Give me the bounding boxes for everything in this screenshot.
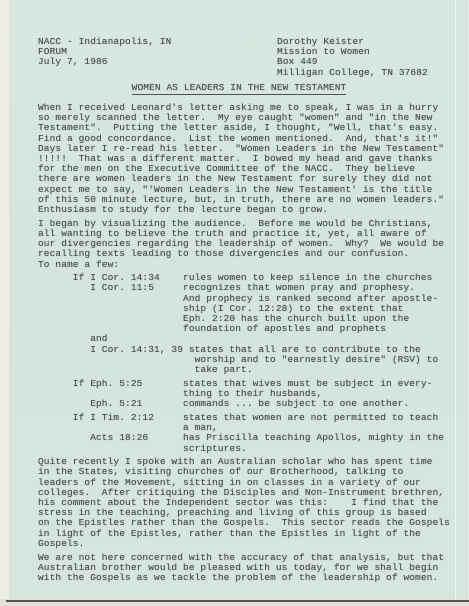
scripture-list-corinthians: If I Cor. 14:34 rules women to keep sile… <box>38 273 440 375</box>
title-row: WOMEN AS LEADERS IN THE NEW TESTAMENT <box>38 83 440 95</box>
scanned-document: NACC - Indianapolis, IN FORUM July 7, 19… <box>0 0 469 606</box>
page-bottom-edge <box>6 600 469 602</box>
document-page: NACC - Indianapolis, IN FORUM July 7, 19… <box>9 0 469 599</box>
paragraph-intro-letter: When I received Leonard's letter asking … <box>38 103 440 215</box>
scripture-list-ephesians: If Eph. 5:25 states that wives must be s… <box>38 379 440 410</box>
paragraph-australian-scholar: Quite recently I spoke with an Australia… <box>38 457 440 549</box>
document-header: NACC - Indianapolis, IN FORUM July 7, 19… <box>38 37 440 78</box>
author-contact-info: Dorothy Keister Mission to Women Box 449… <box>277 37 428 78</box>
scripture-list-timothy-acts: If I Tim. 2:12 states that women are not… <box>38 413 440 454</box>
paragraph-closing: We are not here concerned with the accur… <box>38 553 440 584</box>
event-info: NACC - Indianapolis, IN FORUM July 7, 19… <box>38 37 171 68</box>
paragraph-visualizing-audience: I began by visualizing the audience. Bef… <box>38 219 440 270</box>
document-title: WOMEN AS LEADERS IN THE NEW TESTAMENT <box>132 83 347 95</box>
page-content: NACC - Indianapolis, IN FORUM July 7, 19… <box>9 0 469 583</box>
document-body: When I received Leonard's letter asking … <box>38 103 440 583</box>
